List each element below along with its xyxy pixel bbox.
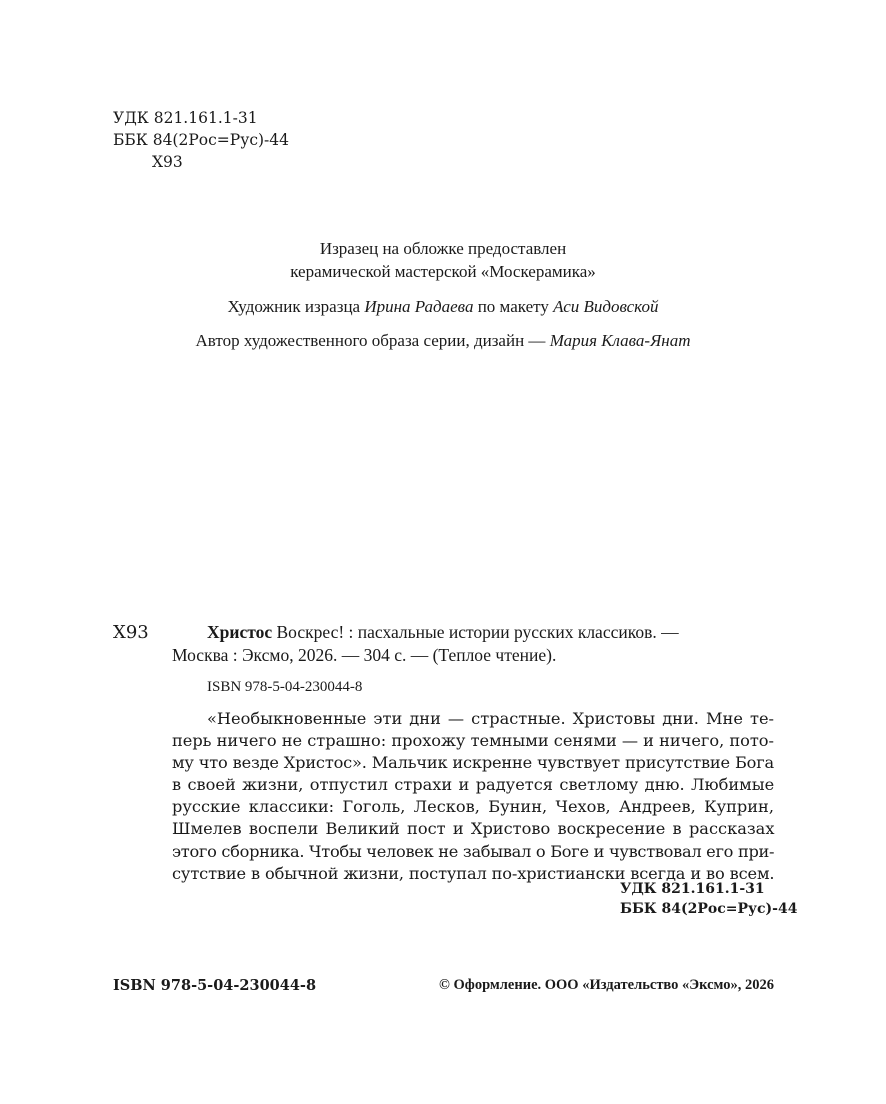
cover-tile-credit-line2: керамической мастерской «Москерамика»: [0, 262, 886, 282]
annotation-line: перь ничего не страшно: прохожу темными …: [172, 730, 774, 752]
artist-mid: по макету: [478, 297, 549, 316]
series-design-credit: Автор художественного образа серии, диза…: [0, 331, 886, 351]
index-udk: УДК 821.161.1-31: [620, 881, 765, 897]
bbk-code: ББК 84(2Рос=Рус)-44: [113, 130, 289, 151]
bib-isbn: ISBN 978-5-04-230044-8: [207, 679, 362, 696]
index-bbk: ББК 84(2Рос=Рус)-44: [620, 901, 797, 917]
footer-copyright: © Оформление. ООО «Издательство «Эксмо»,…: [439, 977, 774, 994]
annotation: «Необыкновенные эти дни — страстные. Хри…: [172, 708, 774, 885]
bib-title-rest: Воскрес! : пасхальные истории русских кл…: [276, 622, 678, 642]
author-sign: Х93: [152, 152, 183, 173]
bib-imprint-line: Москва : Эксмо, 2026. — 304 с. — (Теплое…: [172, 645, 556, 666]
cover-tile-credit-line1: Изразец на обложке предоставлен: [0, 239, 886, 259]
annotation-line: «Необыкновенные эти дни — страстные. Хри…: [172, 708, 774, 730]
tile-artist-credit: Художник изразца Ирина Радаева по макету…: [0, 297, 886, 317]
bib-title-line: Христос Воскрес! : пасхальные истории ру…: [207, 622, 679, 643]
artist-name: Ирина Радаева: [364, 297, 473, 316]
udk-code: УДК 821.161.1-31: [113, 108, 258, 129]
design-author: Мария Клава-Янат: [550, 331, 691, 350]
bib-title-bold: Христос: [207, 622, 272, 642]
footer-isbn: ISBN 978-5-04-230044-8: [113, 977, 316, 994]
artist-label: Художник изразца: [227, 297, 360, 316]
annotation-line: русские классики: Гоголь, Лесков, Бунин,…: [172, 796, 774, 818]
annotation-line: этого сборника. Чтобы человек не забывал…: [172, 841, 774, 863]
layout-author: Аси Видовской: [553, 297, 658, 316]
annotation-line: в своей жизни, отпустил страхи и радуетс…: [172, 774, 774, 796]
design-label: Автор художественного образа серии, диза…: [196, 331, 546, 350]
bib-author-sign: Х93: [113, 622, 149, 643]
annotation-line: му что везде Христос». Мальчик искренне …: [172, 752, 774, 774]
annotation-line: Шмелев воспели Великий пост и Христово в…: [172, 818, 774, 840]
